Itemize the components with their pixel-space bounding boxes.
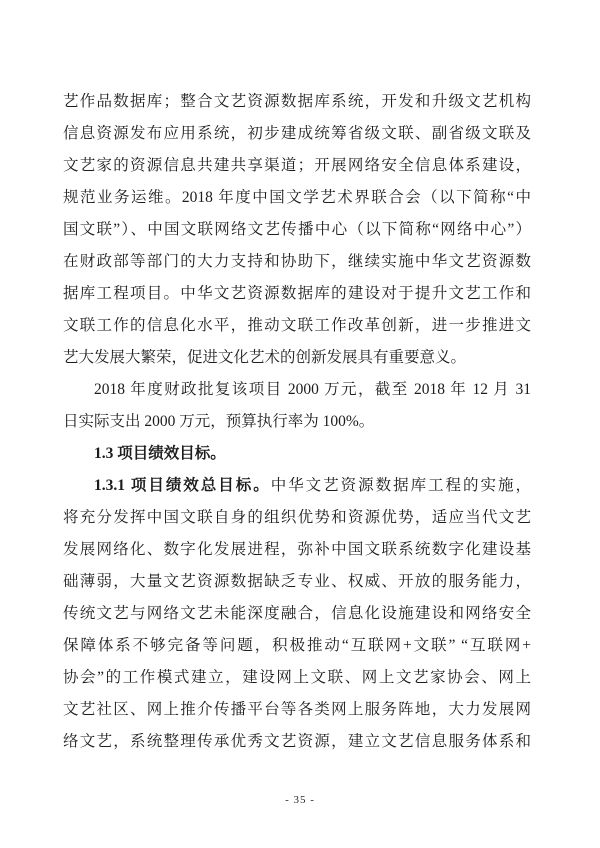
document-page: 艺作品数据库；整合文艺资源数据库系统，开发和升级文艺机构信息资源发布应用系统，初…	[0, 0, 600, 848]
page-number: - 35 -	[0, 792, 600, 808]
body-text: 信息资源发布应用系统，初步建成统筹省级文联、副省级文联及	[63, 125, 531, 142]
text-line: 在财政部等部门的大力支持和协助下，继续实施中华文艺资源数	[63, 246, 531, 278]
text-line: 发展网络化、数字化发展进程，弥补中国文联系统数字化建设基	[63, 534, 531, 566]
text-line: 协会”的工作模式建立，建设网上文联、网上文艺家协会、网上	[63, 662, 531, 694]
text-line: 1.3.1 项目绩效总目标。中华文艺资源数据库工程的实施，	[63, 470, 531, 502]
heading-text: 1.3.1 项目绩效总目标。	[94, 477, 271, 494]
body-text: 发展网络化、数字化发展进程，弥补中国文联系统数字化建设基	[63, 541, 531, 558]
text-line: 文艺家的资源信息共建共享渠道；开展网络安全信息体系建设，	[63, 150, 531, 182]
body-text: 将充分发挥中国文联自身的组织优势和资源优势，适应当代文艺	[63, 509, 531, 526]
text-line: 文艺社区、网上推介传播平台等各类网上服务阵地，大力发展网	[63, 694, 531, 726]
body-text: 文艺家的资源信息共建共享渠道；开展网络安全信息体系建设，	[63, 157, 531, 174]
text-line: 础薄弱，大量文艺资源数据缺乏专业、权威、开放的服务能力，	[63, 566, 531, 598]
body-text: 国文联”）、中国文联网络文艺传播中心（以下简称“网络中心”）	[63, 221, 531, 238]
body-text: 2018 年度财政批复该项目 2000 万元，截至 2018 年 12 月 31	[94, 381, 531, 398]
body-text: 保障体系不够完备等问题，积极推动“互联网+文联” “互联网+	[63, 637, 531, 654]
text-line: 信息资源发布应用系统，初步建成统筹省级文联、副省级文联及	[63, 118, 531, 150]
text-line: 将充分发挥中国文联自身的组织优势和资源优势，适应当代文艺	[63, 502, 531, 534]
body-text: 据库工程项目。中华文艺资源数据库的建设对于提升文艺工作和	[63, 285, 531, 302]
body-text: 文联工作的信息化水平，推动文联工作改革创新，进一步推进文	[63, 317, 531, 334]
text-line: 国文联”）、中国文联网络文艺传播中心（以下简称“网络中心”）	[63, 214, 531, 246]
text-line: 1.3 项目绩效目标。	[63, 438, 531, 470]
body-text: 文艺社区、网上推介传播平台等各类网上服务阵地，大力发展网	[63, 701, 531, 718]
body-text: 中华文艺资源数据库工程的实施，	[271, 477, 531, 494]
body-text: 络文艺，系统整理传承优秀文艺资源，建立文艺信息服务体系和	[63, 733, 531, 750]
text-line: 络文艺，系统整理传承优秀文艺资源，建立文艺信息服务体系和	[63, 726, 531, 758]
body-text: 协会”的工作模式建立，建设网上文联、网上文艺家协会、网上	[63, 669, 531, 686]
body-text: 在财政部等部门的大力支持和协助下，继续实施中华文艺资源数	[63, 253, 531, 270]
heading-text: 1.3 项目绩效目标。	[94, 445, 226, 462]
text-line: 艺大发展大繁荣，促进文化艺术的创新发展具有重要意义。	[63, 342, 531, 374]
text-line: 规范业务运维。2018 年度中国文学艺术界联合会（以下简称“中	[63, 182, 531, 214]
body-text: 规范业务运维。2018 年度中国文学艺术界联合会（以下简称“中	[63, 189, 531, 206]
text-line: 2018 年度财政批复该项目 2000 万元，截至 2018 年 12 月 31	[63, 374, 531, 406]
text-line: 文联工作的信息化水平，推动文联工作改革创新，进一步推进文	[63, 310, 531, 342]
text-line: 传统文艺与网络文艺未能深度融合，信息化设施建设和网络安全	[63, 598, 531, 630]
text-line: 保障体系不够完备等问题，积极推动“互联网+文联” “互联网+	[63, 630, 531, 662]
body-text: 艺作品数据库；整合文艺资源数据库系统，开发和升级文艺机构	[63, 93, 531, 110]
body-text: 日实际支出 2000 万元，预算执行率为 100%。	[63, 413, 374, 430]
text-line: 艺作品数据库；整合文艺资源数据库系统，开发和升级文艺机构	[63, 86, 531, 118]
body-text: 艺大发展大繁荣，促进文化艺术的创新发展具有重要意义。	[63, 349, 466, 366]
text-line: 日实际支出 2000 万元，预算执行率为 100%。	[63, 406, 531, 438]
text-block: 艺作品数据库；整合文艺资源数据库系统，开发和升级文艺机构信息资源发布应用系统，初…	[63, 86, 531, 758]
text-line: 据库工程项目。中华文艺资源数据库的建设对于提升文艺工作和	[63, 278, 531, 310]
body-text: 传统文艺与网络文艺未能深度融合，信息化设施建设和网络安全	[63, 605, 531, 622]
body-text: 础薄弱，大量文艺资源数据缺乏专业、权威、开放的服务能力，	[63, 573, 531, 590]
